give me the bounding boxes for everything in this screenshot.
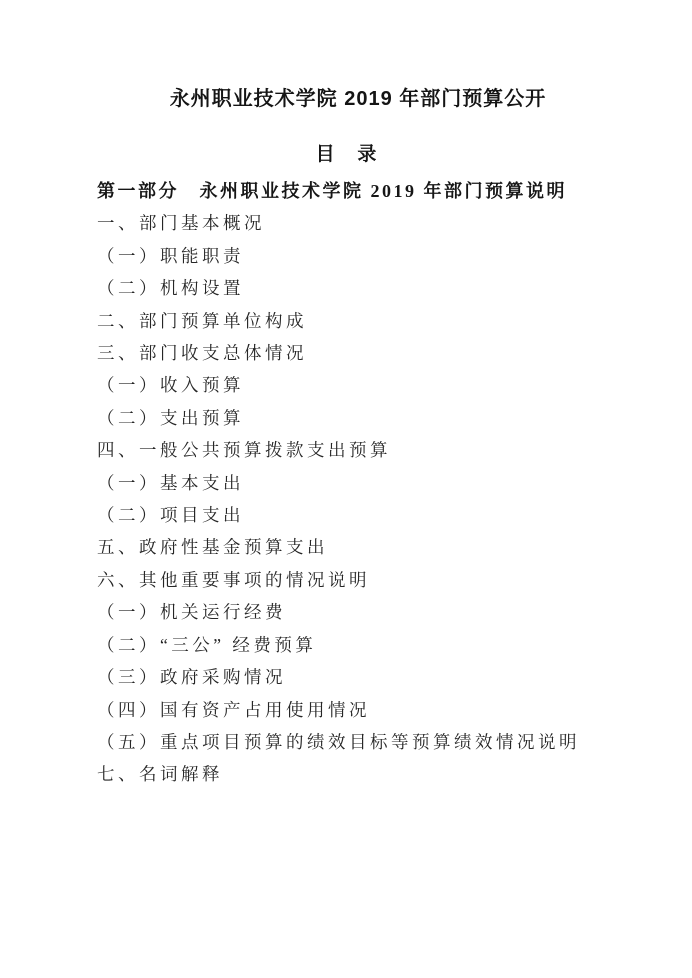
toc-item: （二）机构设置 [97,272,652,304]
document-page: 永州职业技术学院 2019 年部门预算公开 目 录 第一部分 永州职业技术学院 … [0,0,692,978]
toc-item: （二）支出预算 [97,402,652,434]
toc-item: 六、其他重要事项的情况说明 [97,564,652,596]
toc-item: 五、政府性基金预算支出 [97,531,652,563]
toc-item: 三、部门收支总体情况 [97,337,652,369]
toc-item: （一）收入预算 [97,369,652,401]
toc-item: （五）重点项目预算的绩效目标等预算绩效情况说明 [97,726,652,758]
toc-list: 第一部分 永州职业技术学院 2019 年部门预算说明 一、部门基本概况 （一）职… [0,175,692,791]
toc-item: （二）“三公” 经费预算 [97,629,652,661]
toc-item: （二）项目支出 [97,499,652,531]
toc-item: （三）政府采购情况 [97,661,652,693]
toc-item: （一）基本支出 [97,467,652,499]
toc-item: （四）国有资产占用使用情况 [97,694,652,726]
toc-item: 一、部门基本概况 [97,207,652,239]
toc-item: （一）机关运行经费 [97,596,652,628]
toc-part1-heading: 第一部分 永州职业技术学院 2019 年部门预算说明 [97,175,652,207]
page-title: 永州职业技术学院 2019 年部门预算公开 [0,86,692,112]
toc-item: 二、部门预算单位构成 [97,305,652,337]
toc-item: 四、一般公共预算拨款支出预算 [97,434,652,466]
toc-item: （一）职能职责 [97,240,652,272]
toc-heading: 目 录 [0,142,692,168]
toc-item: 七、名词解释 [97,758,652,790]
